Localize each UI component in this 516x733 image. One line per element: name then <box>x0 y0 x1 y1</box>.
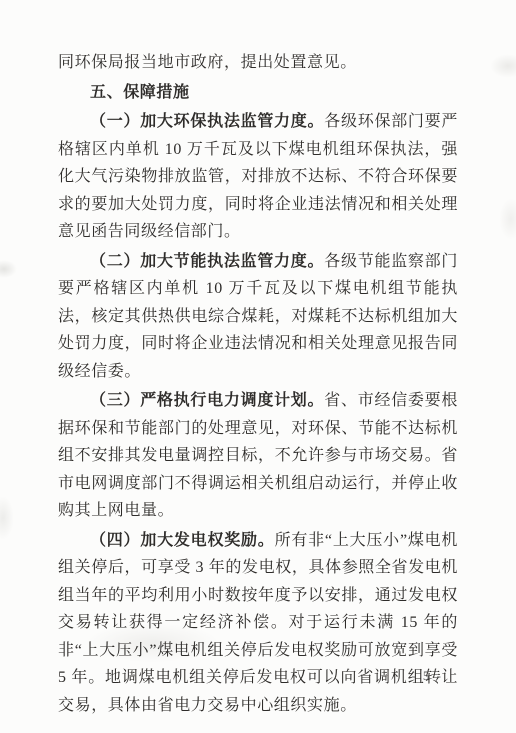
scan-smudge <box>0 260 17 278</box>
paragraph-body: 省、市经信委要根据环保和节能部门的处理意见，对环保、节能不达标机组不安排其发电量… <box>58 392 458 519</box>
paragraph: （三）严格执行电力调度计划。省、市经信委要根据环保和节能部门的处理意见，对环保、… <box>58 387 458 525</box>
paragraph-lead: （一）加大环保执法监管力度。 <box>90 113 324 130</box>
paragraph-lead: （三）严格执行电力调度计划。 <box>90 392 324 409</box>
scan-smudge <box>499 198 516 240</box>
paragraph: （二）加大节能执法监管力度。各级节能监察部门要严格辖区内单机 10 万千瓦及以下… <box>58 248 458 386</box>
paragraph-lead: （四）加大发电权奖励。 <box>90 532 275 549</box>
paragraph-body: 所有非“上大压小”煤电机组关停后，可享受 3 年的发电权，具体参照全省发电机组当… <box>58 532 458 714</box>
section-heading: 五、保障措施 <box>58 79 458 107</box>
page-number: - 5 - <box>411 667 443 685</box>
scan-smudge <box>490 54 516 78</box>
paragraph-body: 各级节能监察部门要严格辖区内单机 10 万千瓦及以下煤电机组节能执法，核定其供热… <box>58 253 458 380</box>
document-content: 同环保局报当地市政府，提出处置意见。 五、保障措施 （一）加大环保执法监管力度。… <box>58 49 458 719</box>
document-page: 同环保局报当地市政府，提出处置意见。 五、保障措施 （一）加大环保执法监管力度。… <box>0 0 516 733</box>
paragraph-body: 各级环保部门要严格辖区内单机 10 万千瓦及以下煤电机组环保执法，强化大气污染物… <box>58 113 458 240</box>
scan-smudge <box>0 496 14 540</box>
paragraph: （四）加大发电权奖励。所有非“上大压小”煤电机组关停后，可享受 3 年的发电权，… <box>58 527 458 720</box>
paragraph-continuation: 同环保局报当地市政府，提出处置意见。 <box>58 49 458 77</box>
paragraph: （一）加大环保执法监管力度。各级环保部门要严格辖区内单机 10 万千瓦及以下煤电… <box>58 108 458 246</box>
paragraph-lead: （二）加大节能执法监管力度。 <box>90 253 324 270</box>
